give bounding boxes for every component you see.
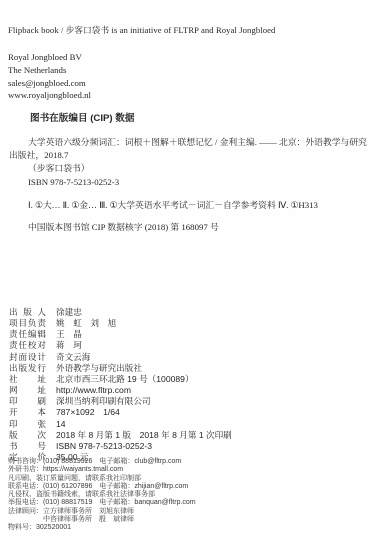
table-row: 责任校对蒋 珂: [9, 340, 371, 351]
isbn-line: ISBN 978-7-5213-0252-3: [9, 176, 367, 189]
row-value: http://www.fltrp.com: [56, 385, 371, 396]
row-label: 封面设计: [9, 352, 46, 363]
row-value: 外语教学与研究出版社: [56, 363, 371, 374]
publisher-country: The Netherlands: [8, 64, 91, 77]
row-value: ISBN 978-7-5213-0252-3: [56, 441, 371, 452]
row-value: 14: [56, 419, 371, 430]
table-row: 开本787×1092 1/64: [9, 407, 371, 418]
row-label: 社址: [9, 374, 46, 385]
initiative-line: Flipback book / 步客口袋书 is an initiative o…: [8, 24, 275, 36]
footer-line-bookstore-url: 外研书店：https://waiyants.tmall.com: [8, 466, 196, 474]
row-value: 深圳当纳利印刷有限公司: [56, 396, 371, 407]
footer-line-contact-phone: 联系电话：(010) 61207896 电子邮箱：zhijian@fltrp.c…: [8, 483, 196, 491]
publisher-website: www.royaljongbloed.nl: [8, 89, 91, 102]
row-label: 责任编辑: [9, 329, 46, 340]
table-row: 出版人徐建忠: [9, 307, 371, 318]
cip-entry-block: 大学英语六级分频词汇：词根＋图解＋联想记忆 / 金利主编. —— 北京：外语教学…: [9, 136, 367, 189]
table-row: 印刷深圳当纳利印刷有限公司: [9, 396, 371, 407]
row-label: 项目负责: [9, 318, 46, 329]
publisher-name: Royal Jongbloed BV: [8, 51, 91, 64]
row-value: 徐建忠: [56, 307, 371, 318]
row-label: 印张: [9, 419, 46, 430]
row-label: 出版发行: [9, 363, 46, 374]
row-label: 网址: [9, 385, 46, 396]
row-label: 开本: [9, 407, 46, 418]
table-row: 出版发行外语教学与研究出版社: [9, 363, 371, 374]
row-label: 版次: [9, 430, 46, 441]
table-row: 印张14: [9, 419, 371, 430]
table-row: 项目负责姚 虹 刘 旭: [9, 318, 371, 329]
table-row: 版次2018 年 8 月第 1 版 2018 年 8 月第 1 次印刷: [9, 430, 371, 441]
footer-contact-block: 购书咨询：(010) 88819926 电子邮箱：club@fltrp.com …: [8, 458, 196, 533]
row-value: 姚 虹 刘 旭: [56, 318, 371, 329]
cip-entry-line2: 出版社，2018.7: [9, 149, 367, 162]
footer-line-legal-counsel-1: 法律顾问：立方律师事务所 刘旭东律师: [8, 508, 196, 516]
publisher-email: sales@jongbloed.com: [8, 77, 91, 90]
footer-line-print-quality-note: 凡印刷、装订质量问题，请联系我社印制部: [8, 475, 196, 483]
cip-record-line: 中国版本图书馆 CIP 数据核字 (2018) 第 168097 号: [28, 220, 219, 233]
cip-heading: 图书在版编目 (CIP) 数据: [30, 110, 134, 124]
row-value: 北京市西三环北路 19 号（100089）: [56, 374, 371, 385]
row-label: 责任校对: [9, 340, 46, 351]
row-label: 书号: [9, 441, 46, 452]
material-number: 物料号：302520001: [8, 524, 196, 532]
cip-entry-line1: 大学英语六级分频词汇：词根＋图解＋联想记忆 / 金利主编. —— 北京：外语教学…: [9, 136, 367, 149]
row-value: 2018 年 8 月第 1 版 2018 年 8 月第 1 次印刷: [56, 430, 371, 441]
row-value: 蒋 珂: [56, 340, 371, 351]
table-row: 责任编辑王 晶: [9, 329, 371, 340]
row-label: 出版人: [9, 307, 46, 318]
row-value: 王 晶: [56, 329, 371, 340]
table-row: 社址北京市西三环北路 19 号（100089）: [9, 374, 371, 385]
footer-line-report-phone: 举报电话：(010) 88817519 电子邮箱：banquan@fltrp.c…: [8, 499, 196, 507]
table-row: 网址http://www.fltrp.com: [9, 385, 371, 396]
series-note: （步客口袋书）: [9, 162, 367, 175]
classification-line: Ⅰ. ①大… Ⅱ. ①金… Ⅲ. ①大学英语水平考试－词汇－自学参考资料 Ⅳ. …: [28, 198, 318, 211]
row-value: 787×1092 1/64: [56, 407, 371, 418]
row-label: 印刷: [9, 396, 46, 407]
row-value: 奇文云海: [56, 352, 371, 363]
publication-info-table: 出版人徐建忠 项目负责姚 虹 刘 旭 责任编辑王 晶 责任校对蒋 珂 封面设计奇…: [9, 307, 371, 463]
table-row: 书号ISBN 978-7-5213-0252-3: [9, 441, 371, 452]
table-row: 封面设计奇文云海: [9, 352, 371, 363]
publisher-address-block: Royal Jongbloed BV The Netherlands sales…: [8, 51, 91, 102]
